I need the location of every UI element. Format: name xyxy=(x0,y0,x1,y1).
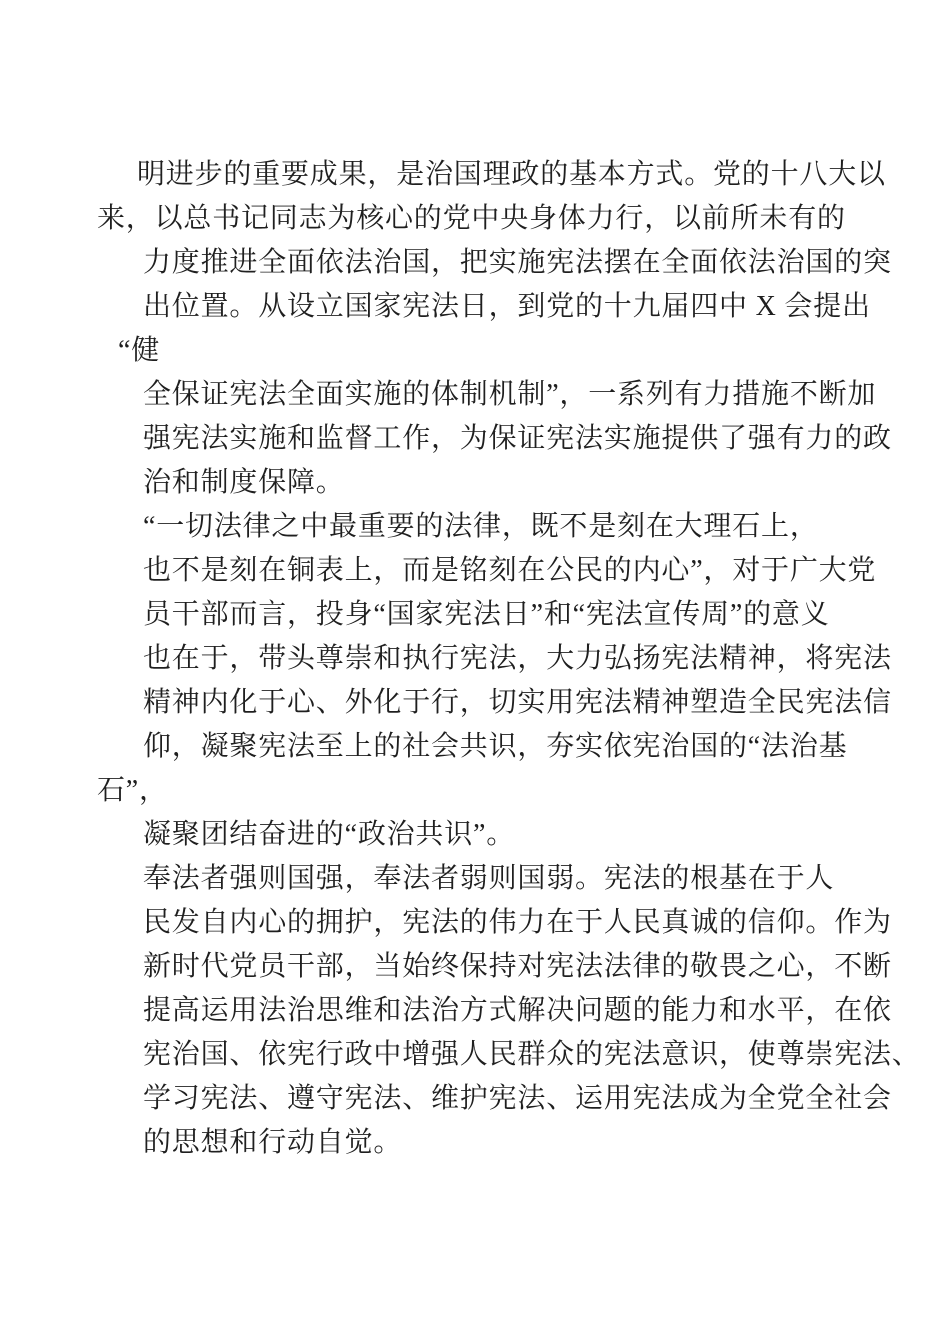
text-line-22: 学习宪法、遵守宪法、维护宪法、运用宪法成为全党全社会 xyxy=(0,1077,950,1121)
text-line-12: 也在于，带头尊崇和执行宪法，大力弘扬宪法精神，将宪法 xyxy=(0,637,950,681)
text-line-4: 出位置。从设立国家宪法日，到党的十九届四中 X 会提出 xyxy=(0,285,950,329)
text-line-16: 凝聚团结奋进的“政治共识”。 xyxy=(0,813,950,857)
document-page: 明进步的重要成果，是治国理政的基本方式。党的十八大以来，以总书记同志为核心的党中… xyxy=(0,0,950,1344)
text-line-10: 也不是刻在铜表上，而是铭刻在公民的内心”，对于广大党 xyxy=(0,549,950,593)
text-line-6: 全保证宪法全面实施的体制机制”，一系列有力措施不断加 xyxy=(0,373,950,417)
text-line-11: 员干部而言，投身“国家宪法日”和“宪法宣传周”的意义 xyxy=(0,593,950,637)
text-line-8: 治和制度保障。 xyxy=(0,461,950,505)
text-line-14: 仰，凝聚宪法至上的社会共识，夯实依宪治国的“法治基 xyxy=(0,725,950,769)
text-line-9: “一切法律之中最重要的法律，既不是刻在大理石上， xyxy=(0,505,950,549)
text-line-17: 奉法者强则国强，奉法者弱则国弱。宪法的根基在于人 xyxy=(0,857,950,901)
text-line-21: 宪治国、依宪行政中增强人民群众的宪法意识，使尊崇宪法、 xyxy=(0,1033,950,1077)
text-line-1: 明进步的重要成果，是治国理政的基本方式。党的十八大以 xyxy=(0,153,950,197)
text-line-19: 新时代党员干部，当始终保持对宪法法律的敬畏之心，不断 xyxy=(0,945,950,989)
text-line-7: 强宪法实施和监督工作，为保证宪法实施提供了强有力的政 xyxy=(0,417,950,461)
text-line-13: 精神内化于心、外化于行，切实用宪法精神塑造全民宪法信 xyxy=(0,681,950,725)
text-line-3: 力度推进全面依法治国，把实施宪法摆在全面依法治国的突 xyxy=(0,241,950,285)
text-line-20: 提高运用法治思维和法治方式解决问题的能力和水平，在依 xyxy=(0,989,950,1033)
text-line-2: 来，以总书记同志为核心的党中央身体力行，以前所未有的 xyxy=(0,197,950,241)
text-line-5: “健 xyxy=(0,329,950,373)
text-line-18: 民发自内心的拥护，宪法的伟力在于人民真诚的信仰。作为 xyxy=(0,901,950,945)
text-line-23: 的思想和行动自觉。 xyxy=(0,1121,950,1165)
document-body: 明进步的重要成果，是治国理政的基本方式。党的十八大以来，以总书记同志为核心的党中… xyxy=(0,153,950,1165)
text-line-15: 石”， xyxy=(0,769,950,813)
